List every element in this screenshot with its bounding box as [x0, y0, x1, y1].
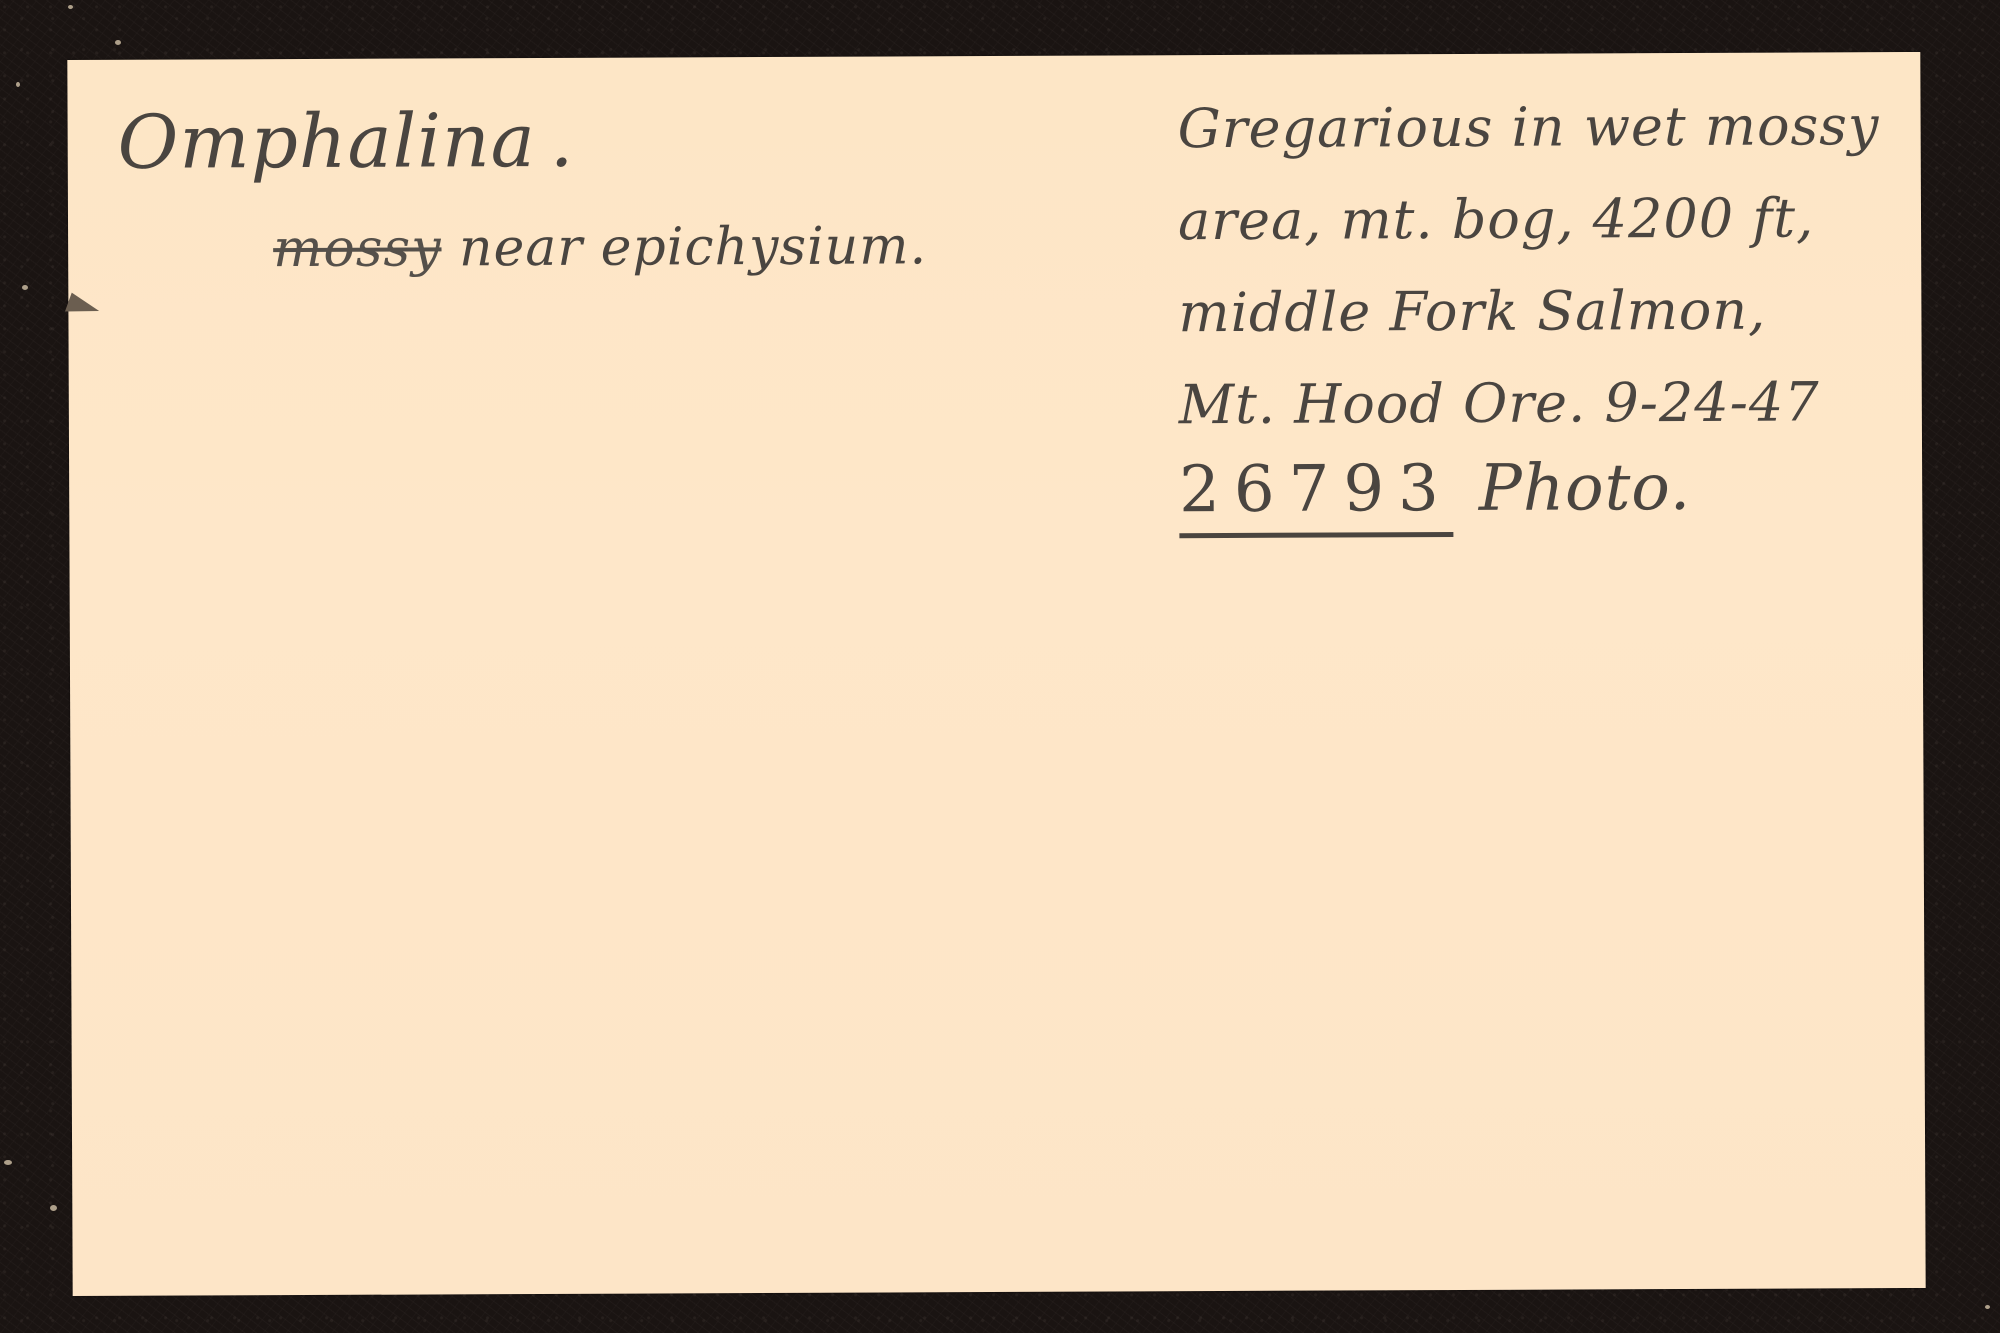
habitat-note: mossy near epichysium.	[273, 216, 927, 279]
genus-period: .	[550, 98, 575, 184]
photo-note: Photo.	[1479, 451, 1692, 526]
genus-name: Omphalina.	[117, 98, 574, 186]
habitat-period: .	[909, 216, 927, 276]
background-speck	[1985, 1305, 1990, 1309]
background-speck	[68, 5, 73, 9]
struck-word: mossy	[273, 218, 442, 279]
edge-ink-mark	[65, 293, 102, 323]
habitat-text: near epichysium	[459, 216, 910, 278]
collection-notes: Gregarious in wet mossy area, mt. bog, 4…	[1177, 80, 1899, 538]
background-speck	[22, 285, 28, 290]
background-speck	[4, 1160, 12, 1165]
specimen-number: 26793	[1179, 452, 1453, 538]
genus-text: Omphalina	[117, 98, 535, 186]
collection-note-line: area, mt. bog, 4200 ft,	[1178, 172, 1898, 267]
specimen-id-line: 26793Photo.	[1179, 450, 1899, 538]
background-speck	[115, 40, 121, 45]
collection-note-line: middle Fork Salmon,	[1178, 264, 1898, 359]
specimen-label-card: Omphalina. mossy near epichysium. Gregar…	[67, 52, 1925, 1296]
background-speck	[50, 1205, 57, 1211]
collection-note-line: Mt. Hood Ore. 9-24-47	[1179, 356, 1899, 451]
background-speck	[16, 82, 20, 87]
collection-note-line: Gregarious in wet mossy	[1177, 80, 1897, 175]
